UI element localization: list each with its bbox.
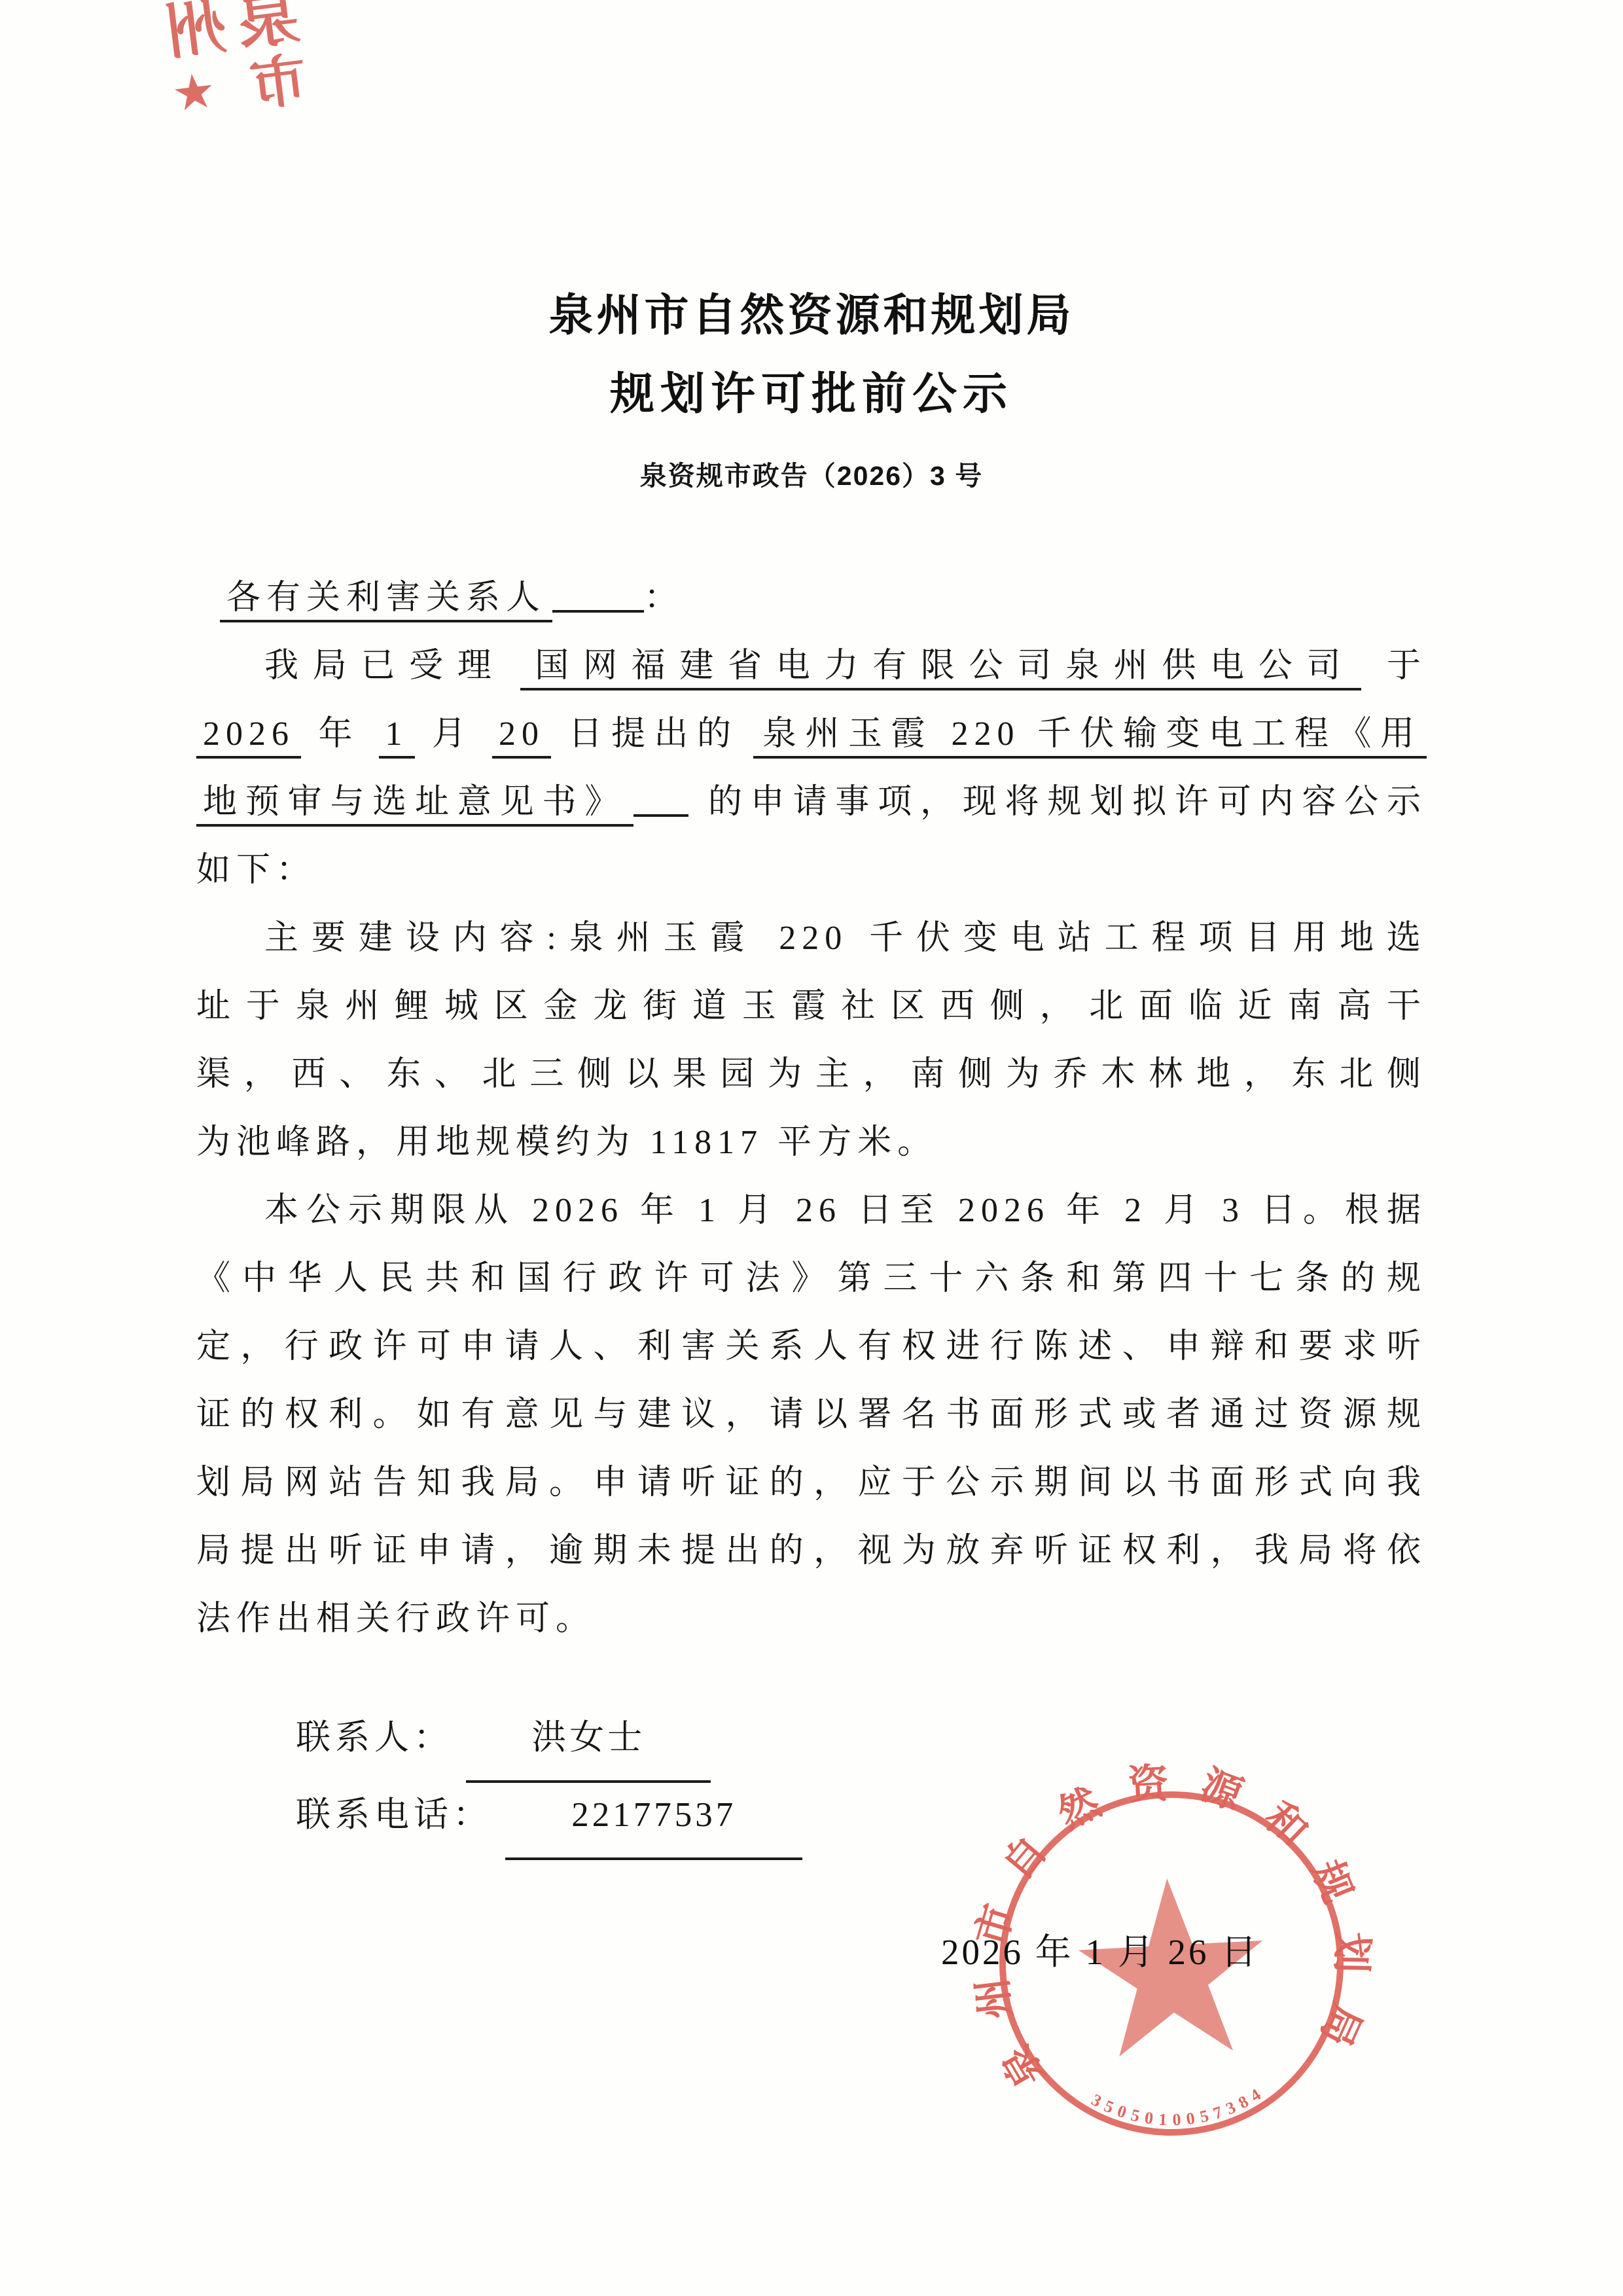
underlined-text [633,782,688,817]
document-number: 泉资规市政告（2026）3 号 [0,454,1623,493]
contact-person-label: 联系人： [296,1719,453,1757]
underlined-text: 地预审与选址意见书》 [196,783,633,827]
page-title: 泉州市自然资源和规划局 [0,280,1623,344]
star-icon: ★ [160,67,216,120]
body-line: 局提出听证申请，逾期未提出的，视为放弃听证权利，我局将依 [196,1517,1427,1585]
body-text [688,788,705,817]
underlined-text: 各有关利害关系人 [220,579,552,622]
seal-ink-offset-artifact: 泉州 市 ★ [16,0,310,145]
underlined-text [552,578,644,613]
body-line: 为池峰路，用地规模约为 11817 平方米。 [196,1109,1427,1177]
underlined-text: 泉州玉霞 220 千伏输变电工程《用 [753,715,1427,759]
body-line: 定，行政许可申请人、利害关系人有权进行陈述、申辩和要求听 [196,1313,1427,1381]
body-line: 划局网站告知我局。申请听证的，应于公示期间以书面形式向我 [196,1449,1427,1517]
body-line: 本公示期限从 2026 年 1 月 26 日至 2026 年 2 月 3 日。根… [196,1177,1427,1245]
issue-date: 2026 年 1 月 26 日 [941,1923,1259,1975]
body-text: 局提出听证申请，逾期未提出的，视为放弃听证权利，我局将依 [196,1532,1427,1570]
body-text [506,652,520,681]
contact-person-value: 洪女士 [466,1699,711,1783]
body-line: 证的权利。如有意见与建议，请以署名书面形式或者通过资源规 [196,1381,1427,1449]
contact-person-line: 联系人： 洪女士 [296,1699,802,1776]
body-text: 如下： [196,852,316,889]
document-body: 各有关利害关系人：我局已受理国网福建省电力有限公司泉州供电公司于2026 年 1… [196,564,1427,1653]
contact-phone-value: 22177537 [505,1776,802,1860]
body-line: 如下： [196,836,1427,905]
body-line: 址于泉州鲤城区金龙街道玉霞社区西侧，北面临近南高干 [196,973,1427,1041]
body-line: 法作出相关行政许可。 [196,1585,1427,1653]
body-text: 日提出的 [551,715,740,753]
body-text: 划局网站告知我局。申请听证的，应于公示期间以书面形式向我 [196,1464,1427,1501]
body-line: 2026 年 1 月 20 日提出的泉州玉霞 220 千伏输变电工程《用 [196,700,1427,768]
body-text: 证的权利。如有意见与建议，请以署名书面形式或者通过资源规 [196,1396,1427,1433]
official-notice-document: 泉州 市 ★ 泉州市自然资源和规划局 规划许可批前公示 泉资规市政告（2026）… [0,0,1623,2296]
body-line: 《中华人民共和国行政许可法》第三十六条和第四十七条的规 [196,1245,1427,1313]
body-text: 《中华人民共和国行政许可法》第三十六条和第四十七条的规 [196,1260,1427,1297]
contact-phone-label: 联系电话： [296,1796,492,1834]
underlined-text: 20 [492,715,551,759]
ink-mark-text: 市 [235,48,310,119]
body-text: 的申请事项，现将规划拟许可内容公示 [705,783,1427,821]
body-text: 于 [1378,647,1427,685]
body-line: 地预审与选址意见书》的申请事项，现将规划拟许可内容公示 [196,768,1427,836]
body-text: 法作出相关行政许可。 [196,1600,596,1638]
body-text: 为池峰路，用地规模约为 11817 平方米。 [196,1124,937,1161]
body-line: 主要建设内容:泉州玉霞 220 千伏变电站工程项目用地选 [196,905,1427,973]
body-text: 我局已受理 [264,647,506,685]
body-line: 各有关利害关系人： [196,564,1427,632]
contact-phone-line: 联系电话： 22177537 [296,1776,802,1854]
body-text: 年 [301,715,379,753]
body-line: 我局已受理国网福建省电力有限公司泉州供电公司于 [196,632,1427,700]
underlined-text: 国网福建省电力有限公司泉州供电公司 [520,647,1362,691]
body-text: 址于泉州鲤城区金龙街道玉霞社区西侧，北面临近南高干 [196,988,1427,1025]
underlined-text: 2026 [196,715,301,759]
body-text: ： [644,579,684,617]
page-subtitle: 规划许可批前公示 [0,359,1623,422]
body-text [1361,652,1378,681]
contact-block: 联系人： 洪女士 联系电话： 22177537 [296,1699,802,1854]
body-text: 本公示期限从 2026 年 1 月 26 日至 2026 年 2 月 3 日。根… [264,1192,1427,1229]
body-text: 渠，西、东、北三侧以果园为主，南侧为乔木林地，东北侧 [196,1056,1427,1093]
underlined-text: 1 [379,715,415,759]
body-text: 定，行政许可申请人、利害关系人有权进行陈述、申辩和要求听 [196,1328,1427,1365]
body-line: 渠，西、东、北三侧以果园为主，南侧为乔木林地，东北侧 [196,1041,1427,1109]
body-text: 主要建设内容:泉州玉霞 220 千伏变电站工程项目用地选 [264,920,1427,957]
body-text: 月 [415,715,493,753]
body-text [740,720,753,749]
